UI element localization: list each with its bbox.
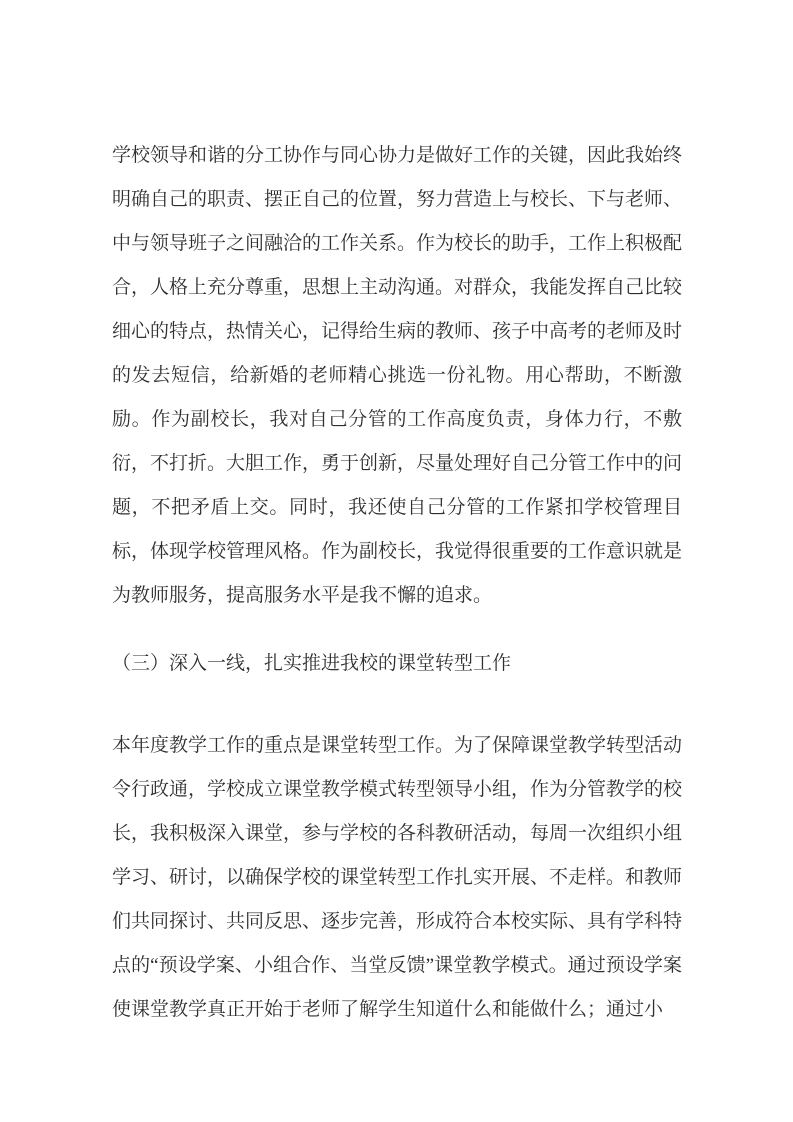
document-content: 学校领导和谐的分工协作与同心协力是做好工作的关键，因此我始终明确自己的职责、摆正… — [112, 134, 682, 1032]
paragraph-division-of-work: 学校领导和谐的分工协作与同心协力是做好工作的关键，因此我始终明确自己的职责、摆正… — [112, 134, 682, 618]
section-heading-three: （三）深入一线，扎实推进我校的课堂转型工作 — [112, 642, 682, 686]
paragraph-classroom-transformation: 本年度教学工作的重点是课堂转型工作。为了保障课堂教学转型活动令行政通，学校成立课… — [112, 724, 682, 1032]
document-page: 学校领导和谐的分工协作与同心协力是做好工作的关键，因此我始终明确自己的职责、摆正… — [0, 0, 793, 1122]
